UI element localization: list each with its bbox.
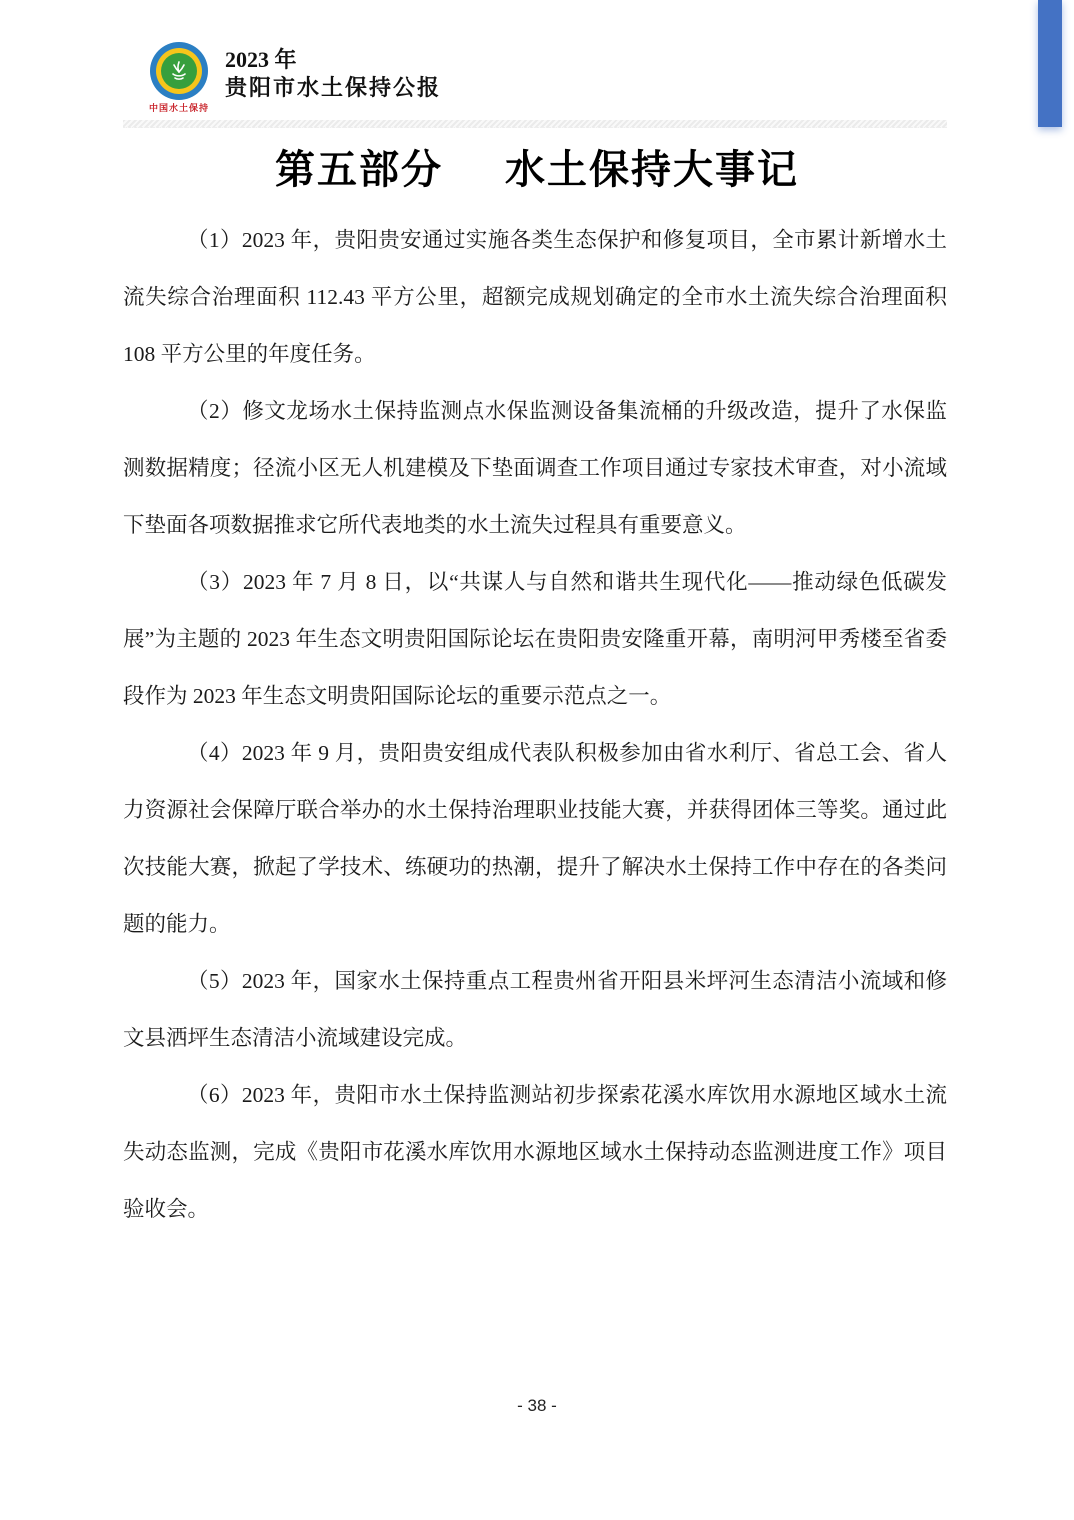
page-title-part: 第五部分	[275, 148, 443, 192]
document-page: 中国水土保持 2023 年 贵阳市水土保持公报 第五部分水土保持大事记 （1）2…	[0, 0, 1074, 1520]
body-paragraph: （2）修文龙场水土保持监测点水保监测设备集流桶的升级改造，提升了水保监测数据精度…	[123, 383, 947, 554]
header-text: 2023 年 贵阳市水土保持公报	[225, 40, 441, 102]
logo-caption: 中国水土保持	[143, 101, 215, 114]
soil-water-conservation-logo-icon	[150, 42, 208, 100]
report-header: 中国水土保持 2023 年 贵阳市水土保持公报	[143, 40, 441, 114]
body-paragraph: （1）2023 年，贵阳贵安通过实施各类生态保护和修复项目，全市累计新增水土流失…	[123, 212, 947, 383]
logo-green-center	[161, 53, 197, 89]
body-paragraph: （5）2023 年，国家水土保持重点工程贵州省开阳县米坪河生态清洁小流域和修文县…	[123, 953, 947, 1067]
page-footer: - 38 -	[0, 1396, 1074, 1416]
logo: 中国水土保持	[143, 40, 215, 114]
header-year: 2023 年	[225, 46, 441, 73]
body-text: （1）2023 年，贵阳贵安通过实施各类生态保护和修复项目，全市累计新增水土流失…	[123, 212, 947, 1238]
body-paragraph: （3）2023 年 7 月 8 日，以“共谋人与自然和谐共生现代化——推动绿色低…	[123, 554, 947, 725]
accent-bar	[1038, 0, 1062, 127]
header-separator	[123, 120, 947, 128]
page-title: 第五部分水土保持大事记	[0, 138, 1074, 195]
header-org: 贵阳市水土保持公报	[225, 73, 441, 102]
page-title-name: 水土保持大事记	[505, 148, 799, 192]
body-paragraph: （4）2023 年 9 月，贵阳贵安组成代表队积极参加由省水利厅、省总工会、省人…	[123, 725, 947, 953]
page-number: - 38 -	[517, 1396, 557, 1415]
body-paragraph: （6）2023 年，贵阳市水土保持监测站初步探索花溪水库饮用水源地区域水土流失动…	[123, 1067, 947, 1238]
